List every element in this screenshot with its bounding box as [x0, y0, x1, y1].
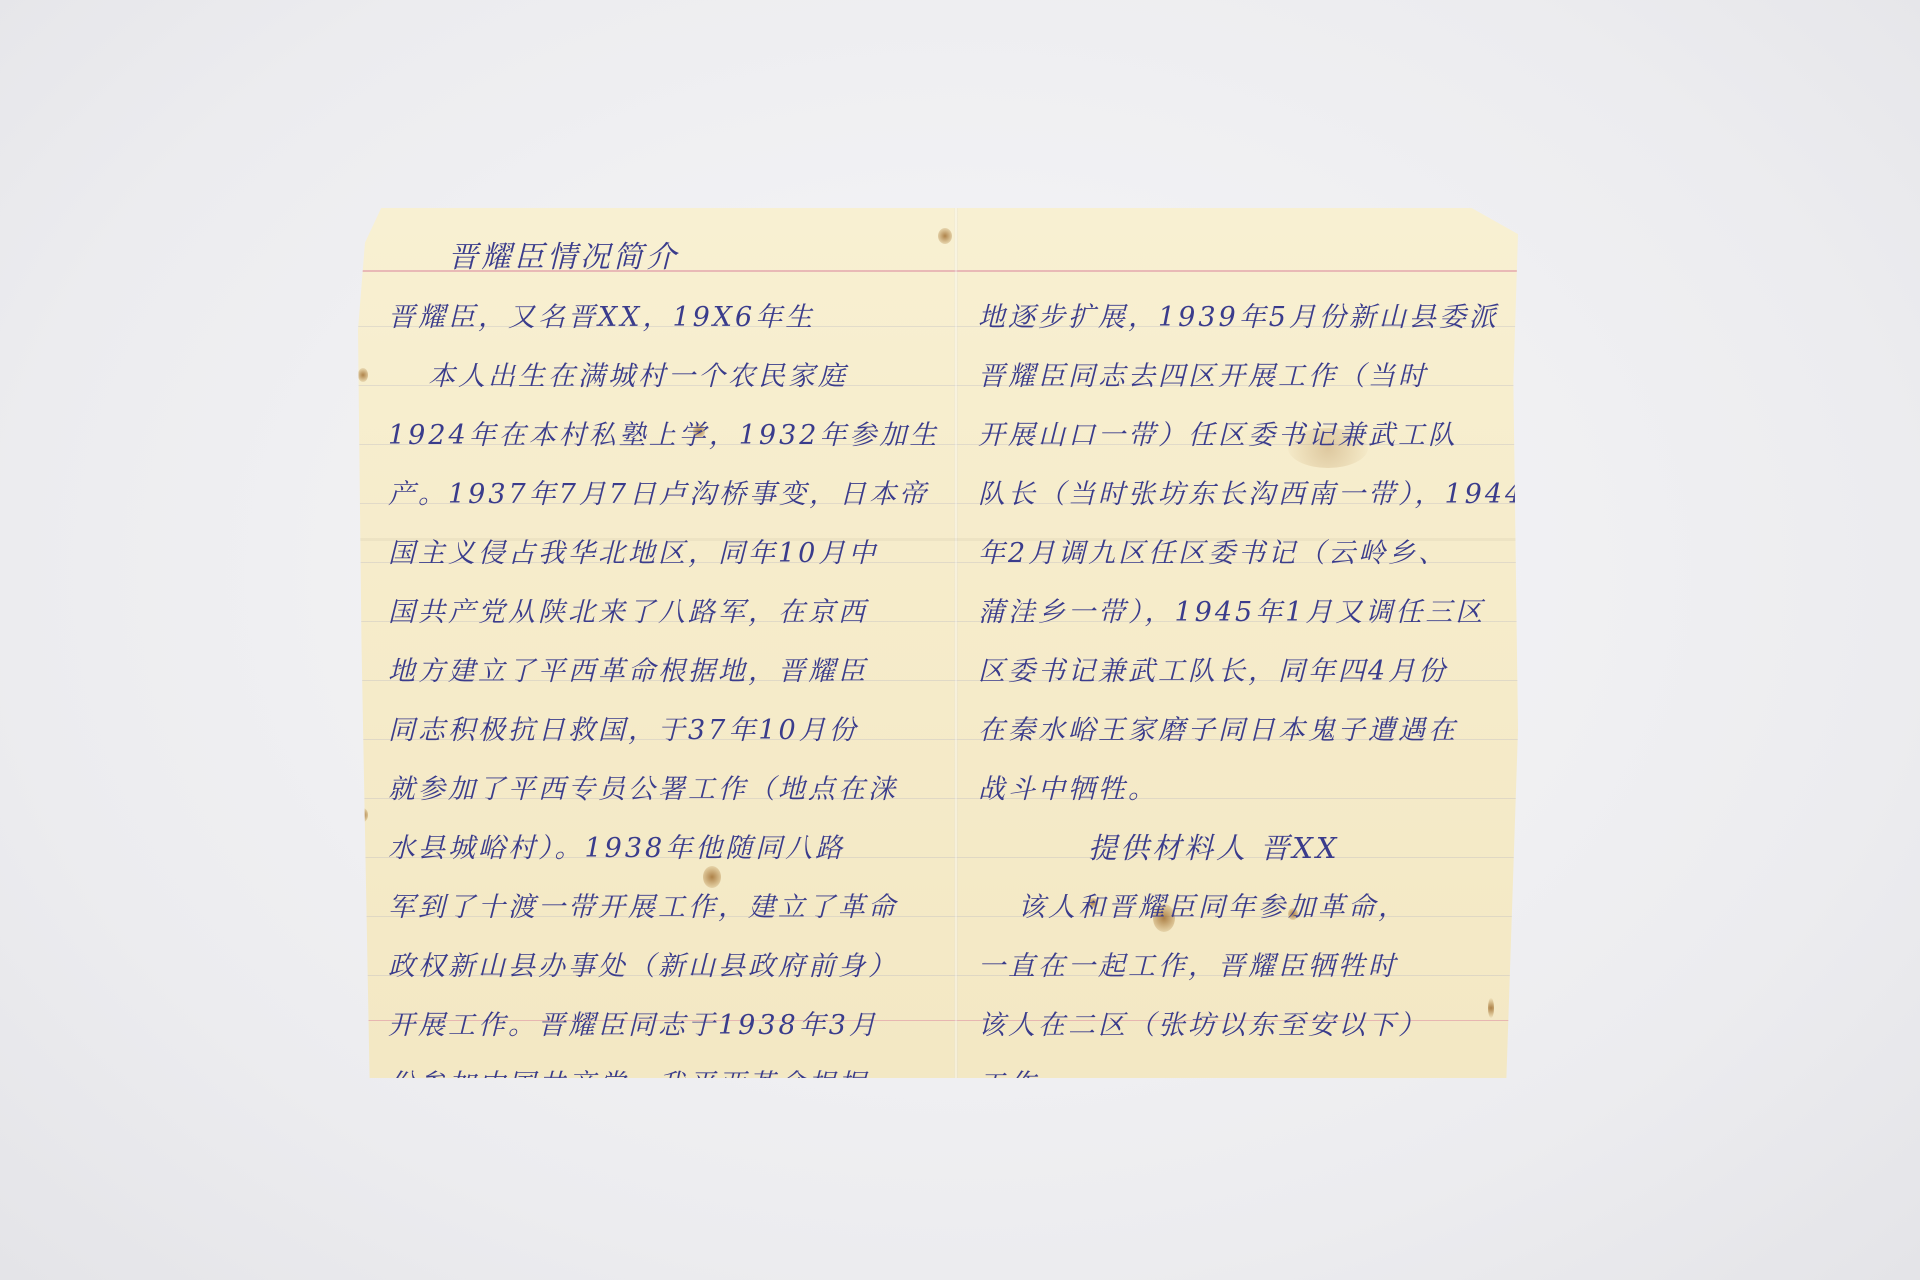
text-line: 同志积极抗日救国，于37年10月份 [388, 701, 948, 760]
stain [358, 368, 368, 382]
note-line: 该人在二区（张坊以东至安以下） [978, 996, 1538, 1055]
text-line: 地方建立了平西革命根据地，晋耀臣 [388, 642, 948, 701]
text-line: 开展山口一带）任区委书记兼武工队 [978, 406, 1538, 465]
text-line: 份参加中国共产党，我平西革命根据 [388, 1055, 948, 1114]
text-line: 蒲洼乡一带），1945年1月又调任三区 [978, 583, 1538, 642]
left-column: 晋耀臣情况简介 晋耀臣，又名晋XX，19X6年生 本人出生在满城村一个农民家庭 … [388, 228, 948, 1114]
text-line: 在秦水峪王家磨子同日本鬼子遭遇在 [978, 701, 1538, 760]
note-line: 一直在一起工作，晋耀臣牺牲时 [978, 937, 1538, 996]
text-line: 1924年在本村私塾上学，1932年参加生 [388, 406, 948, 465]
text-line: 政权新山县办事处（新山县政府前身） [388, 937, 948, 996]
text-line: 本人出生在满城村一个农民家庭 [388, 347, 948, 406]
note-line: 该人和晋耀臣同年参加革命， [978, 878, 1538, 937]
text-line: 产。1937年7月7日卢沟桥事变，日本帝 [388, 465, 948, 524]
signature-line: 提供材料人 晋XX [978, 819, 1538, 878]
text-line: 队长（当时张坊东长沟西南一带），1944 [978, 465, 1538, 524]
text-line: 晋耀臣同志去四区开展工作（当时 [978, 347, 1538, 406]
document-title: 晋耀臣情况简介 [388, 228, 948, 288]
text-line: 年2月调九区任区委书记（云岭乡、 [978, 524, 1538, 583]
text-line: 晋耀臣，又名晋XX，19X6年生 [388, 288, 948, 347]
text-line: 开展工作。晋耀臣同志于1938年3月 [388, 996, 948, 1055]
text-line: 国主义侵占我华北地区，同年10月中 [388, 524, 948, 583]
note-line: 工作 [978, 1055, 1538, 1114]
right-column: 地逐步扩展，1939年5月份新山县委派 晋耀臣同志去四区开展工作（当时 开展山口… [978, 288, 1538, 1114]
text-line: 就参加了平西专员公署工作（地点在涞 [388, 760, 948, 819]
text-line: 军到了十渡一带开展工作，建立了革命 [388, 878, 948, 937]
text-line: 水县城峪村）。1938年他随同八路 [388, 819, 948, 878]
stain [358, 808, 368, 822]
text-line: 区委书记兼武工队长，同年四4月份 [978, 642, 1538, 701]
vertical-fold [954, 208, 958, 1078]
text-line: 国共产党从陕北来了八路军，在京西 [388, 583, 948, 642]
text-line: 战斗中牺牲。 [978, 760, 1538, 819]
text-line: 地逐步扩展，1939年5月份新山县委派 [978, 288, 1538, 347]
letter-paper: 晋耀臣情况简介 晋耀臣，又名晋XX，19X6年生 本人出生在满城村一个农民家庭 … [358, 208, 1518, 1078]
